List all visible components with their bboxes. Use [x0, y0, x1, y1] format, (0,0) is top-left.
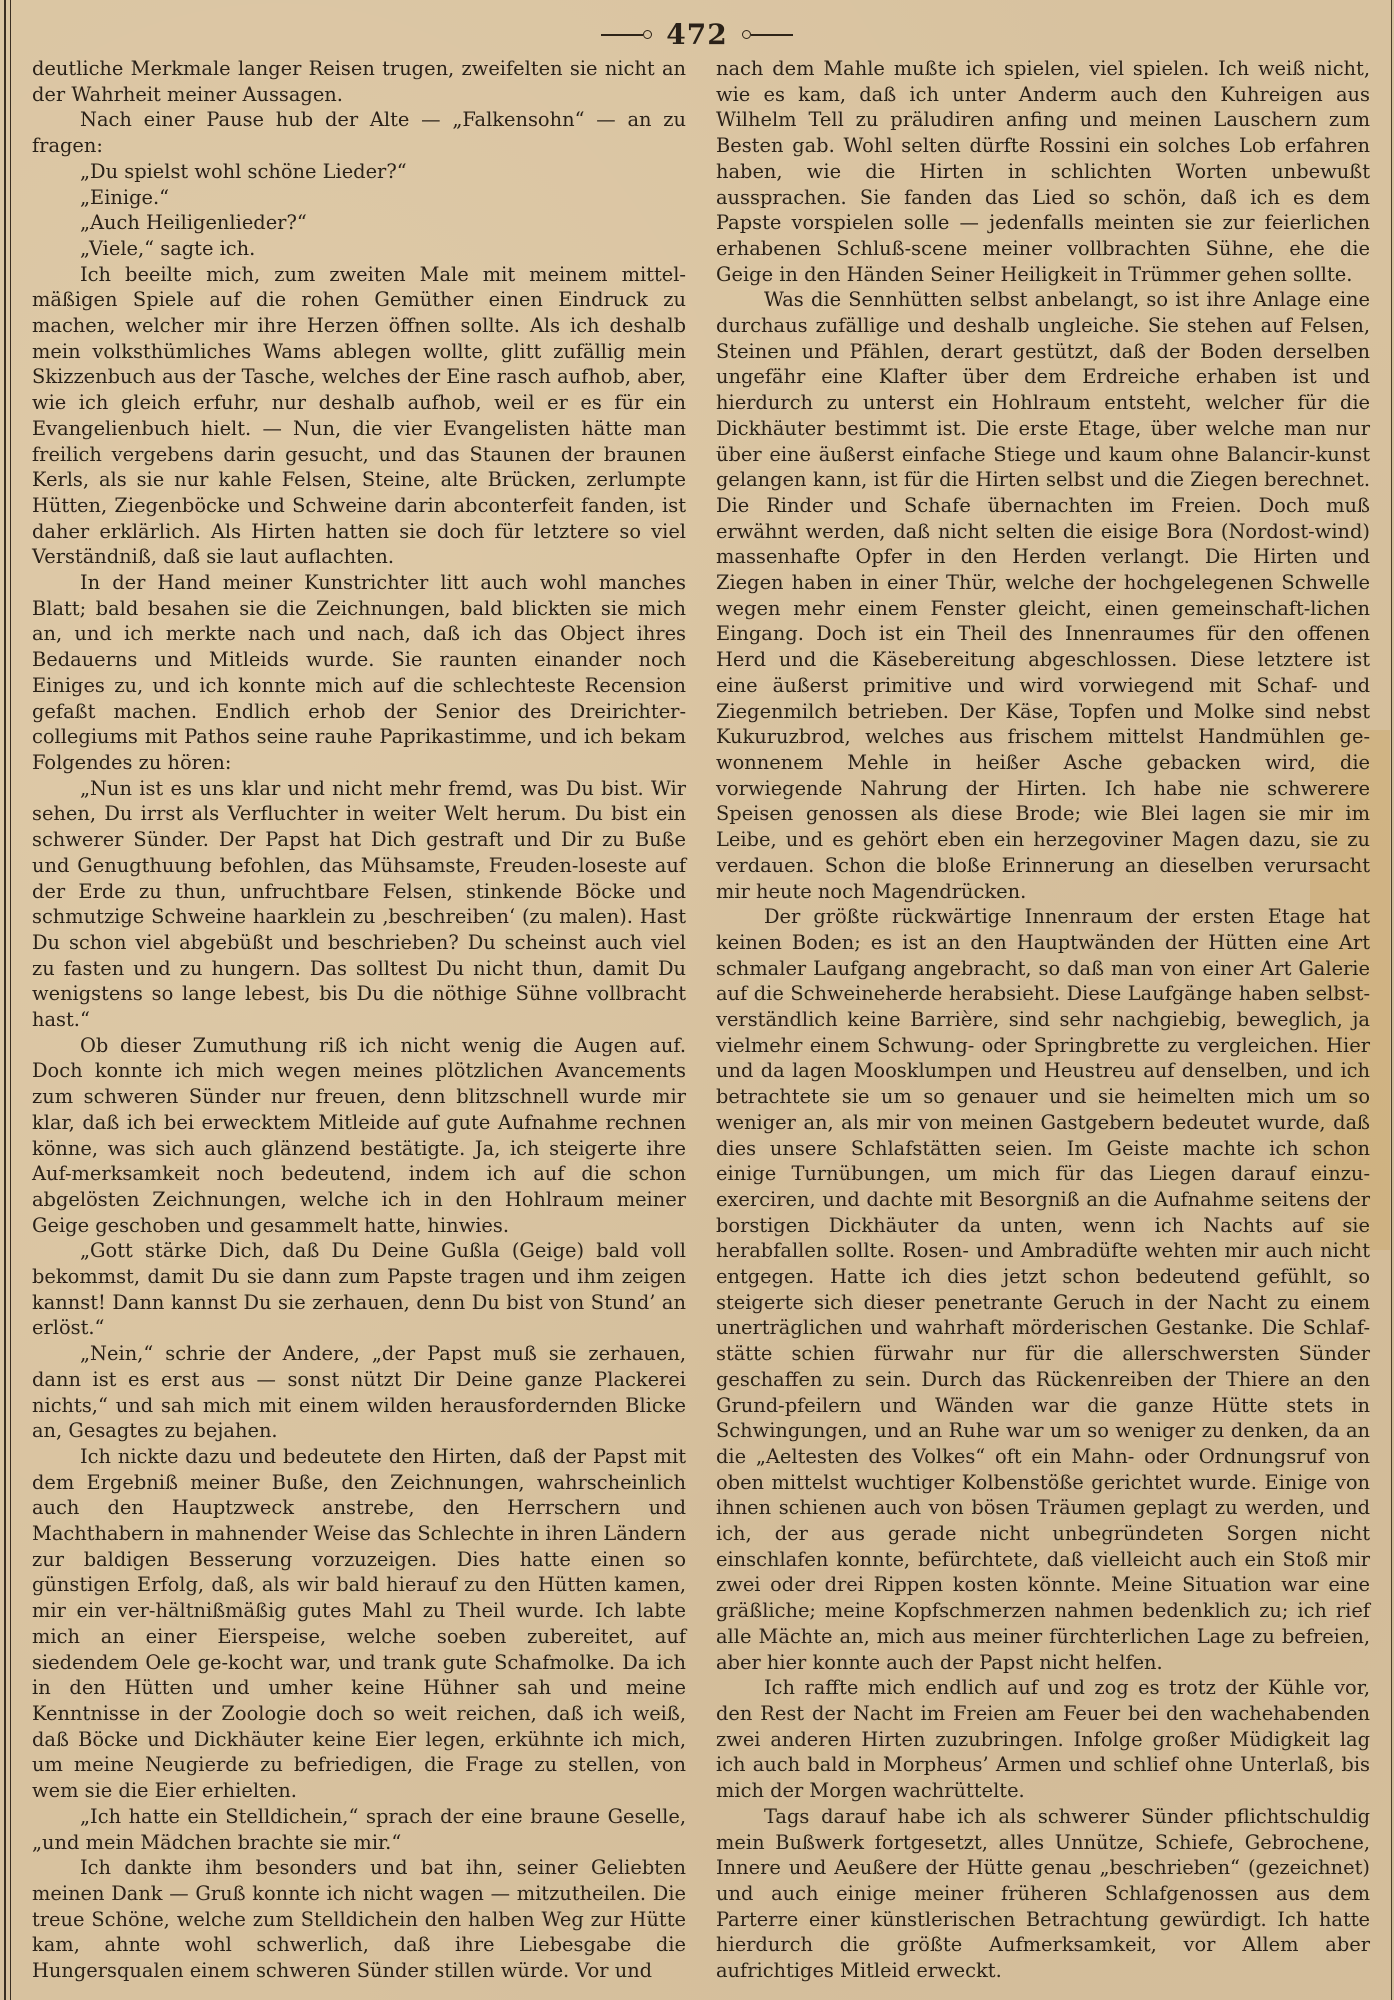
ornament-circle [742, 30, 751, 39]
paragraph: Ich beeilte mich, zum zweiten Male mit m… [32, 262, 686, 570]
paragraph: deutliche Merkmale langer Reisen trugen,… [32, 56, 686, 107]
right-page-edge [1391, 0, 1392, 2000]
paragraph: nach dem Mahle mußte ich spielen, viel s… [716, 56, 1370, 287]
paragraph: Ich dankte ihm besonders und bat ihn, se… [32, 1855, 686, 1984]
paragraph: Nach einer Pause hub der Alte — „Falkens… [32, 107, 686, 158]
dialogue-line: „Auch Heiligenlieder?“ [32, 210, 686, 236]
paragraph: In der Hand meiner Kunstrichter litt auc… [32, 570, 686, 776]
left-column: deutliche Merkmale langer Reisen trugen,… [32, 56, 686, 1984]
page-header: 472 [0, 18, 1394, 51]
paragraph: Der größte rückwärtige Innenraum der ers… [716, 904, 1370, 1675]
quoted-speech: „Ich hatte ein Stelldichein,“ sprach der… [32, 1804, 686, 1855]
quoted-speech: „Gott stärke Dich, daß Du Deine Gußla (G… [32, 1238, 686, 1341]
quoted-speech: „Nun ist es uns klar und nicht mehr frem… [32, 776, 686, 1033]
ornament-line [751, 34, 793, 36]
ornament-line [601, 34, 643, 36]
left-double-rule [4, 0, 11, 2000]
dialogue-line: „Viele,“ sagte ich. [32, 236, 686, 262]
dialogue-line: „Du spielst wohl schöne Lieder?“ [32, 159, 686, 185]
paragraph: Ob dieser Zumuthung riß ich nicht wenig … [32, 1033, 686, 1239]
right-ornament-rule [742, 30, 793, 39]
paragraph: Ich nickte dazu und bedeutete den Hirten… [32, 1444, 686, 1804]
left-ornament-rule [601, 30, 652, 39]
page-number: 472 [666, 18, 727, 51]
dialogue-line: „Einige.“ [32, 185, 686, 211]
right-column: nach dem Mahle mußte ich spielen, viel s… [716, 56, 1370, 1984]
quoted-speech: „Nein,“ schrie der Andere, „der Papst mu… [32, 1341, 686, 1444]
ornament-circle [643, 30, 652, 39]
paragraph: Ich raffte mich endlich auf und zog es t… [716, 1675, 1370, 1804]
paragraph: Tags darauf habe ich als schwerer Sünder… [716, 1804, 1370, 1984]
paragraph: Was die Sennhütten selbst anbelangt, so … [716, 287, 1370, 904]
